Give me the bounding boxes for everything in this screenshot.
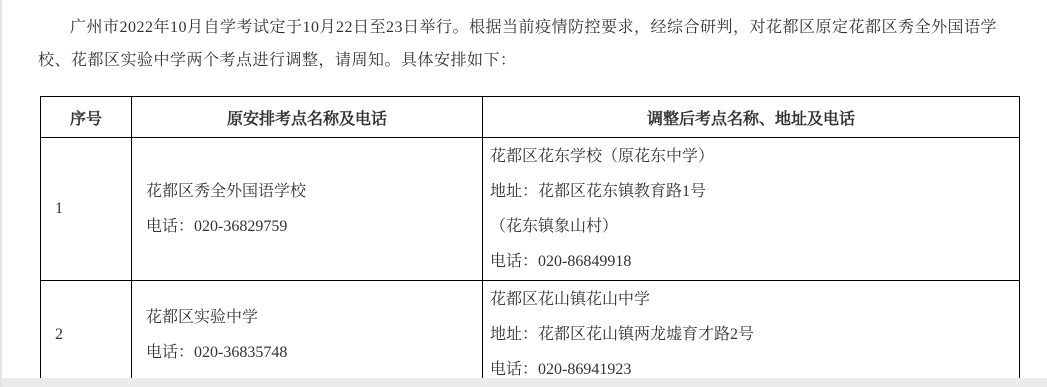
header-adjusted-site: 调整后考点名称、地址及电话 xyxy=(483,97,1020,138)
table-row: 1 花都区秀全外国语学校 电话：020-36829759 花都区花东学校（原花东… xyxy=(41,138,1020,281)
row1-original-name: 花都区秀全外国语学校 xyxy=(146,174,481,209)
exam-site-adjustment-table: 序号 原安排考点名称及电话 调整后考点名称、地址及电话 1 花都区秀全外国语学校… xyxy=(40,96,1020,387)
bottom-divider xyxy=(2,378,1047,387)
row1-adjusted-address: 地址：花都区花东镇教育路1号 xyxy=(490,174,1018,209)
row2-index: 2 xyxy=(41,281,132,387)
row1-original-phone: 电话：020-36829759 xyxy=(146,209,481,244)
row2-adjusted-address: 地址：花都区花山镇两龙墟育才路2号 xyxy=(490,317,1018,352)
header-original-site: 原安排考点名称及电话 xyxy=(132,97,483,138)
header-index: 序号 xyxy=(41,97,132,138)
row2-original-cell: 花都区实验中学 电话：020-36835748 xyxy=(132,281,483,387)
row2-original-phone: 电话：020-36835748 xyxy=(146,335,481,370)
row1-adjusted-address2: （花东镇象山村） xyxy=(490,209,1018,244)
row1-adjusted-name: 花都区花东学校（原花东中学） xyxy=(490,139,1018,174)
intro-paragraph: 广州市2022年10月自学考试定于10月22日至23日举行。根据当前疫情防控要求… xyxy=(38,11,1011,77)
row1-adjusted-phone: 电话：020-86849918 xyxy=(490,244,1018,279)
row1-original-cell: 花都区秀全外国语学校 电话：020-36829759 xyxy=(132,138,483,281)
table-header-row: 序号 原安排考点名称及电话 调整后考点名称、地址及电话 xyxy=(41,97,1020,138)
row1-adjusted-cell: 花都区花东学校（原花东中学） 地址：花都区花东镇教育路1号 （花东镇象山村） 电… xyxy=(483,138,1020,281)
row1-index: 1 xyxy=(41,138,132,281)
row2-original-name: 花都区实验中学 xyxy=(146,300,481,335)
table-row: 2 花都区实验中学 电话：020-36835748 花都区花山镇花山中学 地址：… xyxy=(41,281,1020,387)
row2-adjusted-cell: 花都区花山镇花山中学 地址：花都区花山镇两龙墟育才路2号 电话：020-8694… xyxy=(483,281,1020,387)
notice-page: 广州市2022年10月自学考试定于10月22日至23日举行。根据当前疫情防控要求… xyxy=(0,0,1047,387)
row2-adjusted-name: 花都区花山镇花山中学 xyxy=(490,282,1018,317)
